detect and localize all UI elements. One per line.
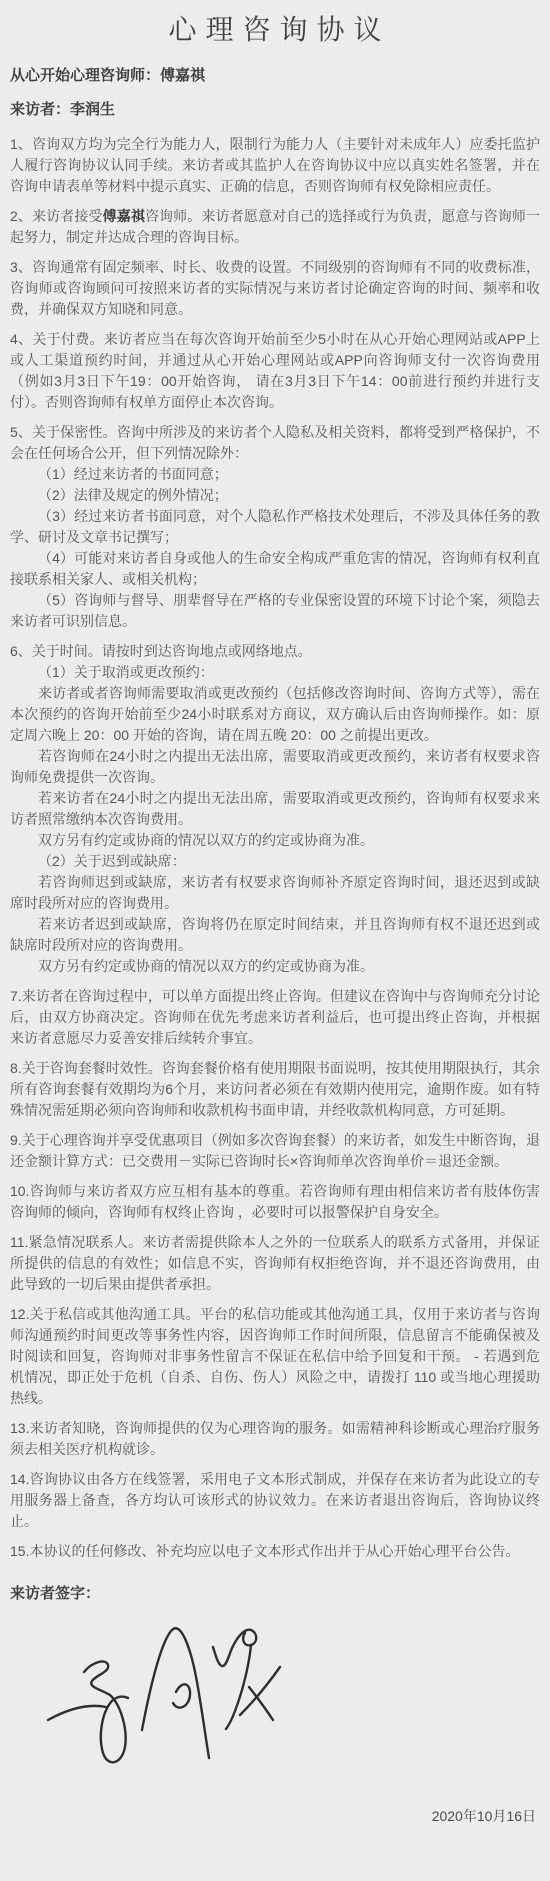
- privacy-exception-4: （4）可能对来访者自身或他人的生命安全构成严重危害的情况，咨询师有权利直接联系相…: [10, 548, 540, 590]
- privacy-exception-2: （2）法律及规定的例外情况；: [10, 485, 540, 506]
- client-line: 来访者：李润生: [10, 100, 540, 120]
- time-rule-2: 来访者或者咨询师需要取消或更改预约（包括修改咨询时间、咨询方式等），需在本次预约…: [10, 683, 540, 746]
- section-15: 15.本协议的任何修改、补充均应以电子文本形式作出并于从心开始心理平台公告。: [10, 1541, 540, 1562]
- counselor-line: 从心开始心理咨询师：傅嘉祺: [10, 66, 540, 86]
- page-title: 心理咨询协议: [10, 8, 540, 48]
- section-6: 6、关于时间。请按时到达咨询地点或网络地点。 （1）关于取消或更改预约： 来访者…: [10, 641, 540, 977]
- counselor-name: 傅嘉祺: [103, 208, 145, 224]
- time-rule-6: （2）关于迟到或缺席：: [10, 851, 540, 872]
- privacy-exception-3: （3）经过来访者书面同意，对个人隐私作严格技术处理后，不涉及具体任务的教学、研讨…: [10, 506, 540, 548]
- section-11: 11.紧急情况联系人。来访者需提供除本人之外的一位联系人的联系方式备用，并保证所…: [10, 1232, 540, 1295]
- handwritten-signature-image: [30, 1610, 320, 1782]
- time-rule-8: 若来访者迟到或缺席，咨询将仍在原定时间结束，并且咨询师有权不退还迟到或缺席时段所…: [10, 914, 540, 956]
- section-8: 8.关于咨询套餐时效性。咨询套餐价格有使用期限书面说明，按其使用期限执行，其余所…: [10, 1058, 540, 1121]
- time-rule-5: 双方另有约定或协商的情况以双方的约定或协商为准。: [10, 830, 540, 851]
- section-2-prefix: 2、来访者接受: [10, 208, 103, 224]
- signature-area: [30, 1610, 540, 1782]
- section-5-text: 5、关于保密性。咨询中所涉及的来访者个人隐私及相关资料，都将受到严格保护，不会在…: [10, 422, 540, 464]
- section-6-text: 6、关于时间。请按时到达咨询地点或网络地点。: [10, 641, 540, 662]
- section-7: 7.来访者在咨询过程中，可以单方面提出终止咨询。但建议在咨询中与咨询师充分讨论后…: [10, 986, 540, 1049]
- section-3: 3、咨询通常有固定频率、时长、收费的设置。不同级别的咨询师有不同的收费标准，咨询…: [10, 257, 540, 320]
- section-1: 1、咨询双方均为完全行为能力人，限制行为能力人（主要针对未成年人）应委托监护人履…: [10, 134, 540, 197]
- section-4: 4、关于付费。来访者应当在每次咨询开始前至少5小时在从心开始心理网站或APP上或…: [10, 329, 540, 413]
- time-rule-4: 若来访者在24小时之内提出无法出席，需要取消或更改预约，咨询师有权要求来访者照常…: [10, 788, 540, 830]
- section-13: 13.来访者知晓，咨询师提供的仅为心理咨询的服务。如需精神科诊断或心理治疗服务须…: [10, 1418, 540, 1460]
- time-rule-3: 若咨询师在24小时之内提出无法出席，需要取消或更改预约，来访者有权要求咨询师免费…: [10, 746, 540, 788]
- time-rule-7: 若咨询师迟到或缺席，来访者有权要求咨询师补齐原定咨询时间，退还迟到或缺席时段所对…: [10, 872, 540, 914]
- section-2: 2、来访者接受傅嘉祺咨询师。来访者愿意对自己的选择或行为负责，愿意与咨询师一起努…: [10, 206, 540, 248]
- section-12: 12.关于私信或其他沟通工具。平台的私信功能或其他沟通工具，仅用于来访者与咨询师…: [10, 1304, 540, 1409]
- agreement-date: 2020年10月16日: [10, 1806, 536, 1826]
- time-rule-1: （1）关于取消或更改预约：: [10, 662, 540, 683]
- section-10: 10.咨询师与来访者双方应互相有基本的尊重。若咨询师有理由相信来访者有肢体伤害咨…: [10, 1181, 540, 1223]
- section-9: 9.关于心理咨询并享受优惠项目（例如多次咨询套餐）的来访者，如发生中断咨询，退还…: [10, 1130, 540, 1172]
- signature-label: 来访者签字：: [10, 1584, 540, 1604]
- section-5: 5、关于保密性。咨询中所涉及的来访者个人隐私及相关资料，都将受到严格保护，不会在…: [10, 422, 540, 632]
- agreement-document: 心理咨询协议 从心开始心理咨询师：傅嘉祺 来访者：李润生 1、咨询双方均为完全行…: [0, 0, 550, 1881]
- privacy-exception-1: （1）经过来访者的书面同意；: [10, 464, 540, 485]
- privacy-exception-5: （5）咨询师与督导、朋辈督导在严格的专业保密设置的环境下讨论个案，须隐去来访者可…: [10, 590, 540, 632]
- time-rule-9: 双方另有约定或协商的情况以双方的约定或协商为准。: [10, 956, 540, 977]
- section-14: 14.咨询协议由各方在线签署，采用电子文本形式制成，并保存在来访者为此设立的专用…: [10, 1469, 540, 1532]
